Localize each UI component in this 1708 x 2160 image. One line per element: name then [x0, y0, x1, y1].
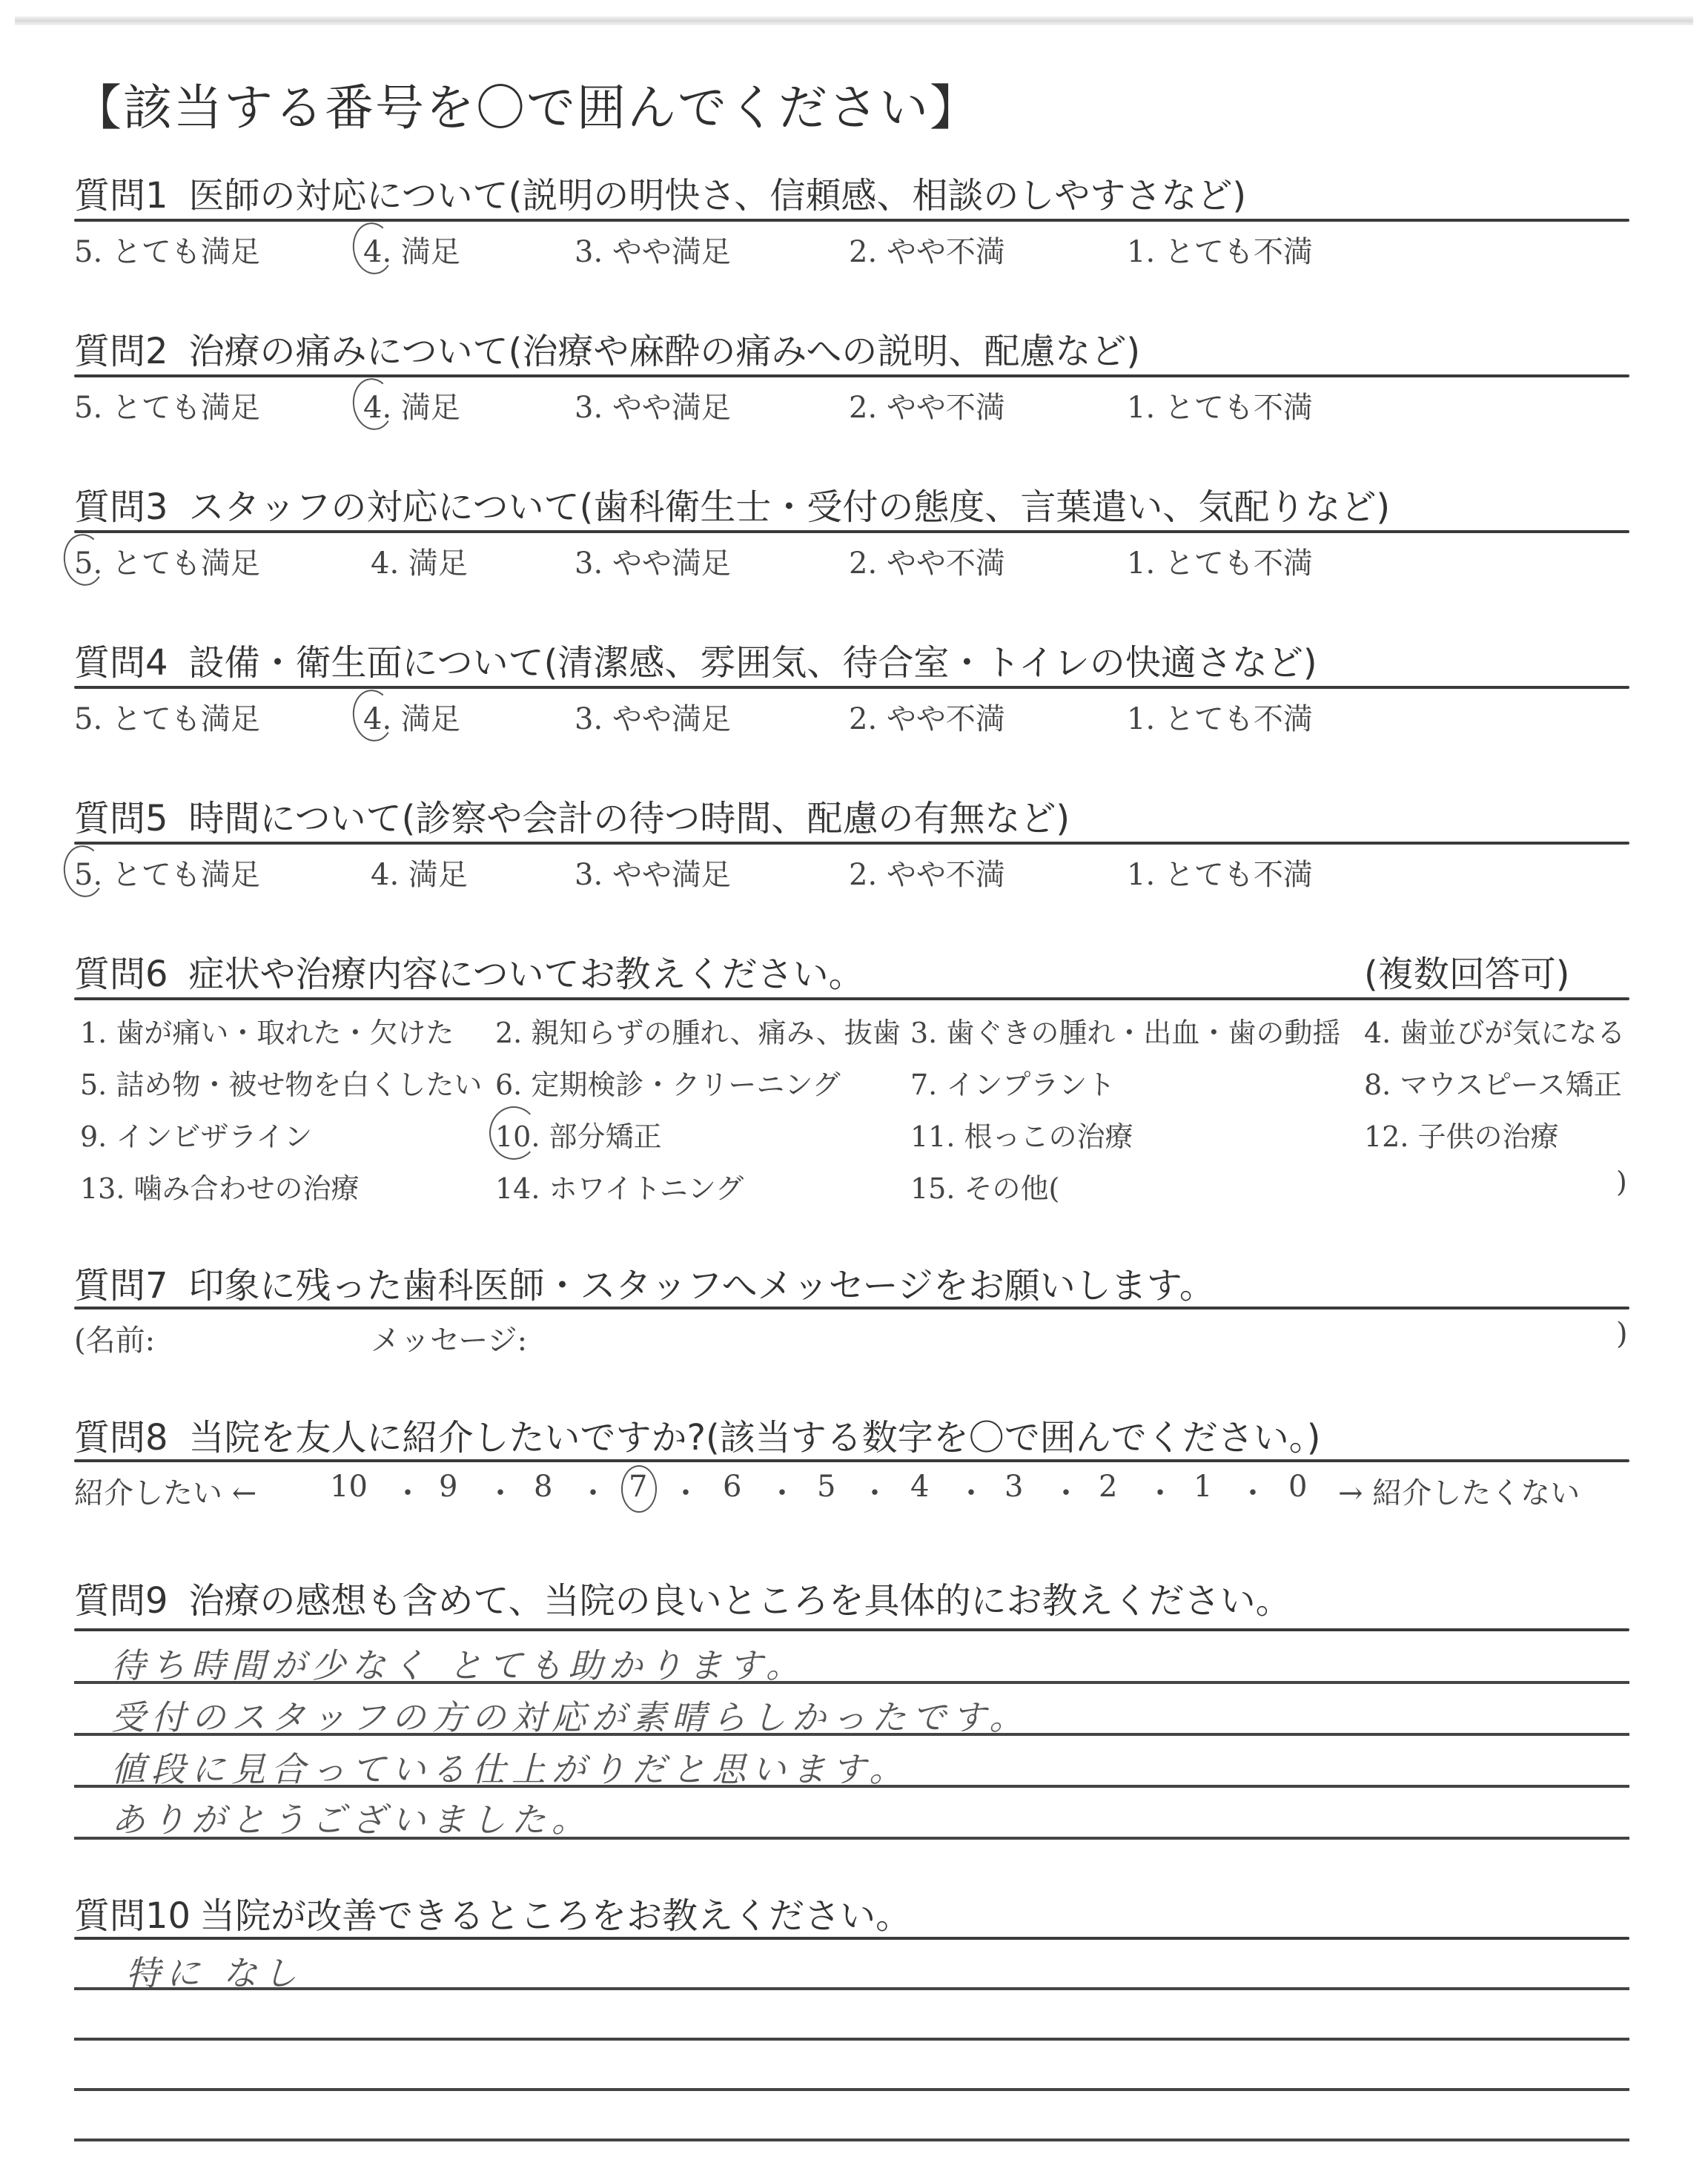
score-7-selected[interactable]: 7: [629, 1470, 647, 1504]
question-heading: 質問7印象に残った歯科医師・スタッフへメッセージをお願いします。: [74, 1257, 1215, 1308]
checkbox-option-1[interactable]: 1. 歯が痛い・取れた・欠けた: [80, 1010, 454, 1051]
separator: ・: [1051, 1470, 1081, 1512]
checkbox-option-7[interactable]: 7. インプラント: [910, 1062, 1115, 1103]
separator: ・: [393, 1470, 423, 1512]
option-3[interactable]: 3. やや満足: [575, 851, 731, 894]
option-3[interactable]: 3. やや満足: [575, 540, 731, 582]
answer-line: [74, 1733, 1629, 1736]
scan-top-edge: [15, 16, 1693, 25]
divider: [74, 1459, 1629, 1462]
divider: [74, 686, 1629, 689]
option-5-selected[interactable]: 5. とても満足: [74, 851, 260, 894]
separator: ・: [486, 1470, 515, 1512]
checkbox-option-10-selected[interactable]: 10. 部分矯正: [495, 1114, 662, 1155]
other-close-paren: ): [1616, 1166, 1627, 1198]
checkbox-option-14[interactable]: 14. ホワイトニング: [495, 1166, 744, 1206]
checkbox-option-3[interactable]: 3. 歯ぐきの腫れ・出血・歯の動揺: [910, 1010, 1340, 1051]
score-4[interactable]: 4: [910, 1470, 929, 1504]
question-heading: 質問9治療の感想も含めて、当院の良いところを具体的にお教えください。: [74, 1572, 1291, 1623]
score-6[interactable]: 6: [723, 1470, 741, 1504]
checkbox-option-13[interactable]: 13. 噛み合わせの治療: [80, 1166, 360, 1206]
handwritten-answer-line[interactable]: ありがとうございました。: [111, 1793, 592, 1842]
option-2[interactable]: 2. やや不満: [849, 540, 1005, 582]
name-label: (名前:: [74, 1317, 155, 1359]
divider: [74, 1628, 1629, 1631]
option-4[interactable]: 4. 満足: [371, 851, 468, 894]
multiple-answers-note: (複数回答可): [1364, 945, 1569, 997]
option-2[interactable]: 2. やや不満: [849, 384, 1005, 426]
score-3[interactable]: 3: [1004, 1470, 1023, 1504]
answer-line: [74, 1837, 1629, 1840]
separator: ・: [1145, 1470, 1175, 1512]
option-5[interactable]: 5. とても満足: [74, 228, 260, 271]
checkbox-option-11[interactable]: 11. 根っこの治療: [910, 1114, 1133, 1155]
option-3[interactable]: 3. やや満足: [575, 696, 731, 738]
option-2[interactable]: 2. やや不満: [849, 696, 1005, 738]
name-field[interactable]: [193, 1317, 363, 1354]
message-label: メッセージ:: [371, 1317, 527, 1359]
checkbox-option-4[interactable]: 4. 歯並びが気になる: [1364, 1010, 1625, 1051]
answer-line: [74, 1681, 1629, 1684]
checkbox-option-12[interactable]: 12. 子供の治療: [1364, 1114, 1559, 1155]
score-9[interactable]: 9: [439, 1470, 457, 1504]
score-10[interactable]: 10: [330, 1470, 368, 1504]
divider: [74, 842, 1629, 845]
option-3[interactable]: 3. やや満足: [575, 384, 731, 426]
score-0[interactable]: 0: [1288, 1470, 1307, 1504]
checkbox-option-2[interactable]: 2. 親知らずの腫れ、痛み、抜歯: [495, 1010, 901, 1051]
question-heading: 質問2治療の痛みについて(治療や麻酔の痛みへの説明、配慮など): [74, 323, 1140, 374]
question-heading: 質問1医師の対応について(説明の明快さ、信頼感、相談のしやすさなど): [74, 167, 1246, 218]
page-title: 【該当する番号を〇で囲んでください】: [73, 68, 980, 139]
score-5[interactable]: 5: [817, 1470, 835, 1504]
question-heading: 質問6症状や治療内容についてお教えください。: [74, 945, 864, 997]
separator: ・: [1238, 1470, 1268, 1512]
separator: ・: [860, 1470, 890, 1512]
score-2[interactable]: 2: [1099, 1470, 1117, 1504]
divider: [74, 1937, 1629, 1940]
divider: [74, 219, 1629, 222]
divider: [74, 1307, 1629, 1309]
close-paren: ): [1616, 1317, 1628, 1351]
option-3[interactable]: 3. やや満足: [575, 228, 731, 271]
answer-line: [74, 1785, 1629, 1788]
question-heading: 質問10当院が改善できるところをお教えください。: [74, 1887, 911, 1938]
recommend-left-label: 紹介したい ←: [74, 1470, 256, 1512]
answer-line: [74, 2088, 1629, 2091]
answer-line: [74, 2138, 1629, 2141]
option-1[interactable]: 1. とても不満: [1127, 696, 1313, 738]
separator: ・: [671, 1470, 701, 1512]
recommend-right-label: → 紹介したくない: [1338, 1470, 1580, 1512]
separator: ・: [578, 1470, 608, 1512]
divider: [74, 997, 1629, 1000]
checkbox-option-6[interactable]: 6. 定期検診・クリーニング: [495, 1062, 841, 1103]
divider: [74, 530, 1629, 533]
option-5[interactable]: 5. とても満足: [74, 696, 260, 738]
separator: ・: [956, 1470, 986, 1512]
question-heading: 質問8当院を友人に紹介したいですか?(該当する数字を〇で囲んでください。): [74, 1409, 1320, 1460]
question-heading: 質問3スタッフの対応について(歯科衛生士・受付の態度、言葉遣い、気配りなど): [74, 478, 1390, 529]
option-2[interactable]: 2. やや不満: [849, 228, 1005, 271]
question-heading: 質問5時間について(診察や会計の待つ時間、配慮の有無など): [74, 790, 1070, 841]
option-4[interactable]: 4. 満足: [371, 540, 468, 582]
question-heading: 質問4設備・衛生面について(清潔感、雰囲気、待合室・トイレの快適さなど): [74, 634, 1317, 685]
score-1[interactable]: 1: [1194, 1470, 1212, 1504]
option-4-selected[interactable]: 4. 満足: [363, 228, 460, 271]
option-1[interactable]: 1. とても不満: [1127, 384, 1313, 426]
option-1[interactable]: 1. とても不満: [1127, 851, 1313, 894]
option-4-selected[interactable]: 4. 満足: [363, 384, 460, 426]
separator: ・: [767, 1470, 797, 1512]
checkbox-option-15-other[interactable]: 15. その他(: [910, 1166, 1059, 1206]
checkbox-option-5[interactable]: 5. 詰め物・被せ物を白くしたい: [80, 1062, 482, 1103]
divider: [74, 374, 1629, 377]
answer-line: [74, 2038, 1629, 2041]
answer-line: [74, 1987, 1629, 1990]
option-2[interactable]: 2. やや不満: [849, 851, 1005, 894]
checkbox-option-8[interactable]: 8. マウスピース矯正: [1364, 1062, 1622, 1103]
option-1[interactable]: 1. とても不満: [1127, 540, 1313, 582]
message-field[interactable]: [563, 1317, 1601, 1354]
option-1[interactable]: 1. とても不満: [1127, 228, 1313, 271]
checkbox-option-9[interactable]: 9. インビザライン: [80, 1114, 312, 1155]
option-4-selected[interactable]: 4. 満足: [363, 696, 460, 738]
option-5[interactable]: 5. とても満足: [74, 384, 260, 426]
option-5-selected[interactable]: 5. とても満足: [74, 540, 260, 582]
score-8[interactable]: 8: [534, 1470, 552, 1504]
